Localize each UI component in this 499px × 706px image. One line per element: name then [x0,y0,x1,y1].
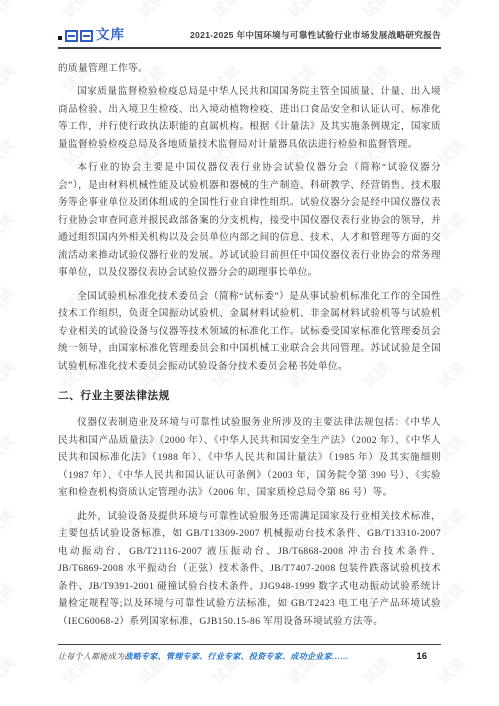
footer-slogan: 让每个人都能成为战略专家、管理专家、行业专家、投资专家、成功企业家…… [58,651,349,662]
logo-glyph-icon [65,30,93,42]
footer-slogan-highlight: 战略专家、管理专家、行业专家、投资专家、成功企业家…… [124,652,348,661]
document-body: 的质量管理工作等。 国家质量监督检验检疫总局是中华人民共和国国务院主管全国质量、… [58,60,441,631]
paragraph: 仪器仪表制造业及环境与可靠性试验服务业所涉及的主要法律法规包括：《中华人民共和国… [58,414,441,502]
logo-dot-icon [58,36,62,40]
paragraph: 此外，试验设备及提供环境与可靠性试验服务还需满足国家及行业相关技术标准，主要包括… [58,508,441,631]
footer-slogan-prefix: 让每个人都能成为 [58,652,124,661]
report-title: 2021-2025 年中国环境与可靠性试验行业市场发展战略研究报告 [190,29,441,42]
paragraph: 全国试验机标准化技术委员会（简称“试标委”）是从事试验机标准化工作的全国性技术工… [58,288,441,376]
logo: 文库 [58,28,125,42]
page-number: 16 [416,651,427,662]
paragraph: 的质量管理工作等。 [58,60,441,78]
document-page: 文库 2021-2025 年中国环境与可靠性试验行业市场发展战略研究报告 的质量… [0,0,499,706]
page-footer: 让每个人都能成为战略专家、管理专家、行业专家、投资专家、成功企业家…… 16 [58,644,441,662]
section-heading: 二、行业主要法律法规 [58,388,441,403]
logo-text: 文库 [96,28,125,42]
paragraph: 本行业的协会主要是中国仪器仪表行业协会试验仪器分会（简称“试验仪器分会”），是由… [58,159,441,282]
paragraph: 国家质量监督检验检疫总局是中华人民共和国国务院主管全国质量、计量、出入境商品检验… [58,83,441,153]
page-header: 文库 2021-2025 年中国环境与可靠性试验行业市场发展战略研究报告 [58,28,441,49]
